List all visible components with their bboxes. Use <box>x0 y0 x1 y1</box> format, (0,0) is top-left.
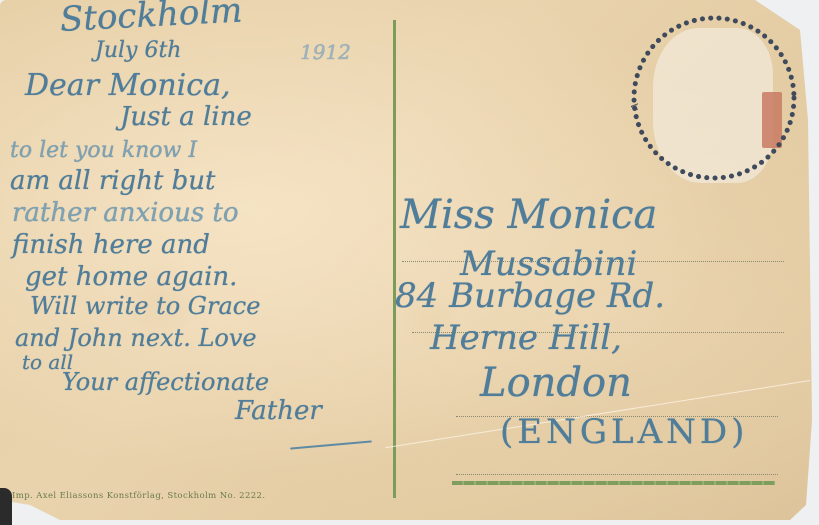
message-salutation: Dear Monica, <box>25 68 231 103</box>
message-closing: Your affectionate <box>62 368 269 396</box>
address-street: 84 Burbage Rd. <box>395 276 665 316</box>
address-name: Miss Monica <box>400 192 657 238</box>
center-divider-line <box>393 20 396 498</box>
address-city: London <box>480 360 632 406</box>
publisher-imprint: Imp. Axel Eliassons Konstförlag, Stockho… <box>12 491 265 501</box>
message-line: am all right but <box>10 166 216 196</box>
address-base-bar <box>452 481 775 485</box>
message-line: get home again. <box>25 262 237 292</box>
message-signature: Father <box>235 396 322 426</box>
scan-edge-shadow <box>0 488 12 525</box>
message-line: and John next. Love <box>15 324 257 352</box>
message-line: rather anxious to <box>12 198 239 228</box>
address-district: Herne Hill, <box>430 318 622 358</box>
message-date: July 6th <box>95 38 181 63</box>
address-country: (ENGLAND) <box>500 412 748 452</box>
postmark-icon: A <box>628 10 800 186</box>
message-year: 1912 <box>300 40 351 64</box>
message-line: to let you know I <box>10 138 197 163</box>
message-line: Just a line <box>120 102 252 132</box>
svg-text:A: A <box>630 103 641 110</box>
message-line: finish here and <box>12 230 210 260</box>
address-line-4 <box>456 474 778 475</box>
message-line: Will write to Grace <box>30 292 260 320</box>
